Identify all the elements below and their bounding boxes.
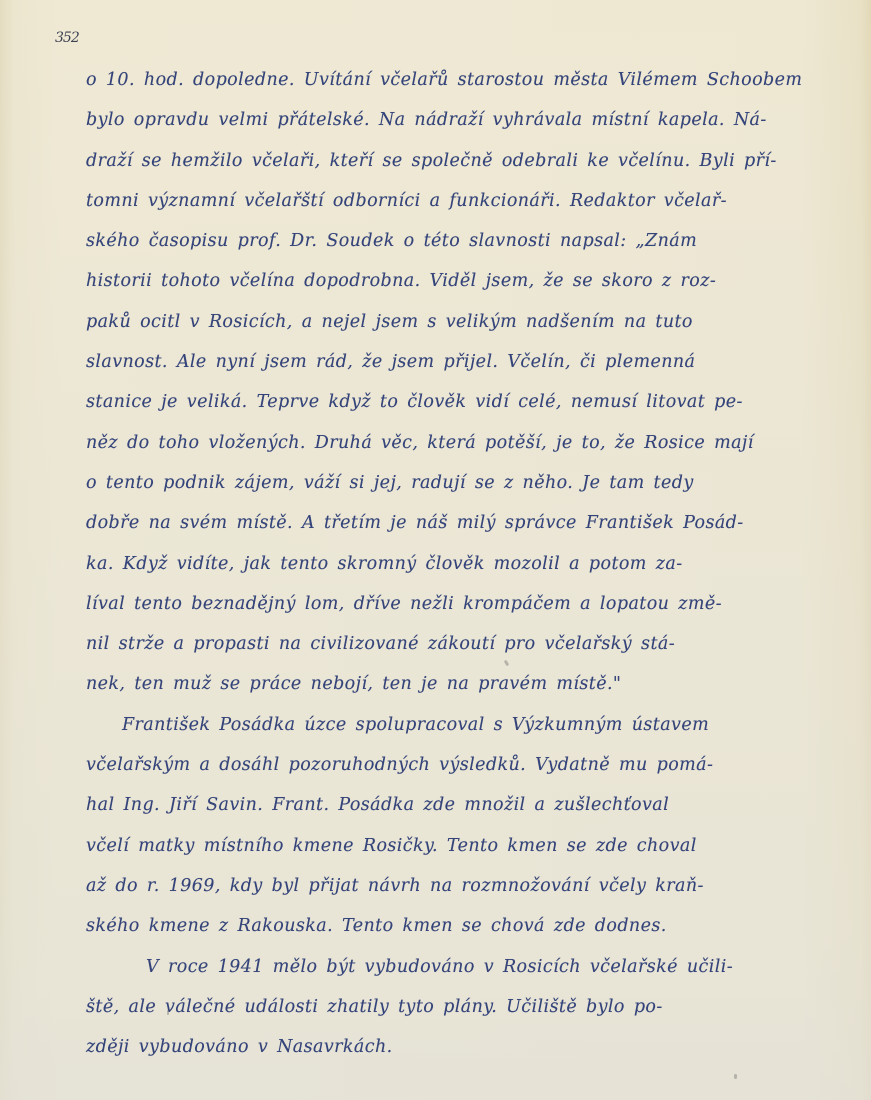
- ink-smudge: [734, 1074, 737, 1079]
- text-line: paků ocitl v Rosicích, a nejel jsem s ve…: [86, 302, 816, 342]
- text-line: až do r. 1969, kdy byl přijat návrh na r…: [86, 866, 816, 906]
- text-line: včelařským a dosáhl pozoruhodných výsled…: [86, 745, 816, 785]
- text-line: ského kmene z Rakouska. Tento kmen se ch…: [86, 906, 816, 946]
- text-line: ského časopisu prof. Dr. Soudek o této s…: [86, 221, 816, 261]
- text-line: zději vybudováno v Nasavrkách.: [86, 1027, 816, 1067]
- text-line: tomni významní včelařští odborníci a fun…: [86, 181, 816, 221]
- text-line: nek, ten muž se práce nebojí, ten je na …: [86, 664, 816, 704]
- text-line: líval tento beznadějný lom, dříve nežli …: [86, 584, 816, 624]
- text-line: František Posádka úzce spolupracoval s V…: [86, 705, 816, 745]
- text-line: ště, ale válečné události zhatily tyto p…: [86, 987, 816, 1027]
- text-line: ka. Když vidíte, jak tento skromný člově…: [86, 544, 816, 584]
- page-number: 352: [55, 30, 79, 46]
- text-line: o tento podnik zájem, váží si jej, raduj…: [86, 463, 816, 503]
- text-line: V roce 1941 mělo být vybudováno v Rosicí…: [86, 947, 816, 987]
- ink-smudge: [167, 1010, 169, 1015]
- text-line: hal Ing. Jiří Savin. Frant. Posádka zde …: [86, 785, 816, 825]
- text-line: historii tohoto včelína dopodrobna. Vidě…: [86, 261, 816, 301]
- text-line: slavnost. Ale nyní jsem rád, že jsem při…: [86, 342, 816, 382]
- text-line: včelí matky místního kmene Rosičky. Tent…: [86, 826, 816, 866]
- text-line: něz do toho vložených. Druhá věc, která …: [86, 423, 816, 463]
- manuscript-page: 352 o 10. hod. dopoledne. Uvítání včelař…: [0, 0, 871, 1100]
- handwritten-text-block: o 10. hod. dopoledne. Uvítání včelařů st…: [86, 60, 816, 1067]
- text-line: stanice je veliká. Teprve když to člověk…: [86, 382, 816, 422]
- text-line: dobře na svém místě. A třetím je náš mil…: [86, 503, 816, 543]
- text-line: nil strže a propasti na civilizované zák…: [86, 624, 816, 664]
- text-line: draží se hemžilo včelaři, kteří se spole…: [86, 141, 816, 181]
- text-line: bylo opravdu velmi přátelské. Na nádraží…: [86, 100, 816, 140]
- text-line: o 10. hod. dopoledne. Uvítání včelařů st…: [86, 60, 816, 100]
